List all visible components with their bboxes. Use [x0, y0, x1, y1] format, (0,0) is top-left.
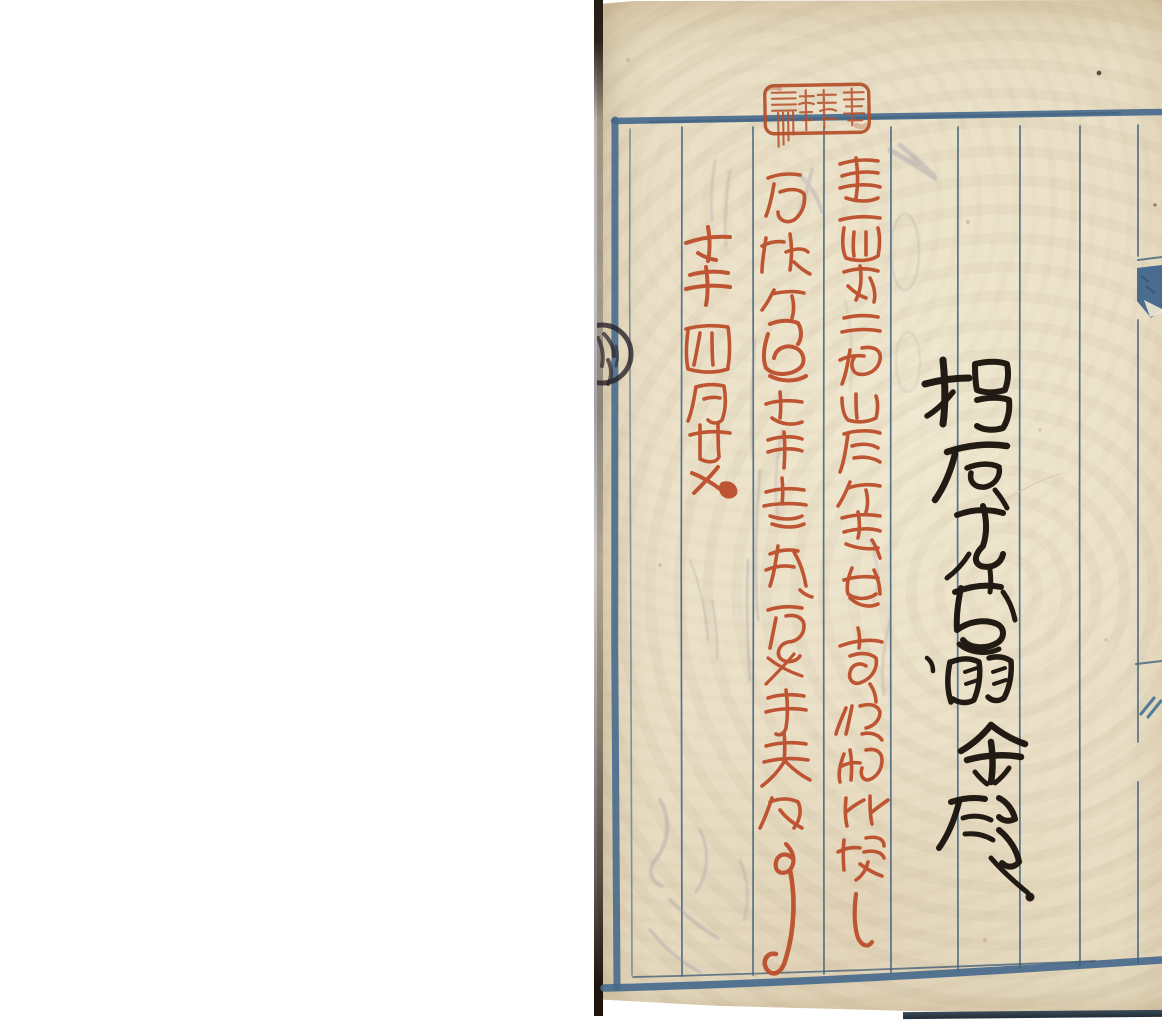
- scanned-document-stage: 椙原平馬明 金殿 書面飛ニ括呼届ケ裏為安浚舩比接し 賃銭〆過去申置ヶ我落多手乗匁…: [0, 0, 1162, 1020]
- age-spots: [0, 0, 1162, 1020]
